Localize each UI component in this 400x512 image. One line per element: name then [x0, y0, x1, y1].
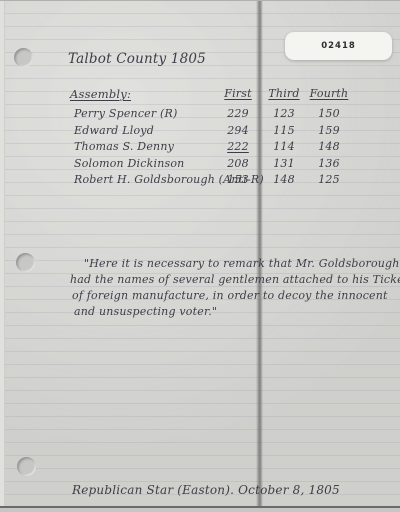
table-row: Edward Lloyd 294 115 159: [0, 124, 400, 141]
section-label: Assembly:: [70, 87, 131, 101]
candidate-name: Edward Lloyd: [74, 124, 154, 137]
table-row: Solomon Dickinson 208 131 136: [0, 157, 400, 174]
votes-first: 229: [212, 107, 264, 120]
votes-first: 208: [212, 157, 264, 170]
quote-line: and unsuspecting voter.": [74, 305, 217, 318]
punch-hole-bottom: [17, 457, 36, 476]
column-header-third: Third: [261, 87, 307, 100]
catalog-sticker: 02418: [285, 32, 392, 60]
punch-hole-middle: [16, 253, 35, 272]
votes-fourth: 150: [304, 107, 354, 120]
votes-fourth: 136: [304, 157, 354, 170]
table-row: Robert H. Goldsborough (Anti-R) 153 148 …: [0, 173, 400, 190]
quote-line: had the names of several gentlemen attac…: [70, 273, 400, 286]
votes-first: 153: [212, 173, 264, 186]
votes-third: 115: [261, 124, 307, 137]
quote-line: of foreign manufacture, in order to deco…: [72, 289, 388, 302]
votes-third: 131: [261, 157, 307, 170]
page-title: Talbot County 1805: [68, 51, 206, 67]
votes-fourth: 159: [304, 124, 354, 137]
punch-hole-top: [14, 48, 33, 67]
table-row: Thomas S. Denny 222 114 148: [0, 140, 400, 157]
page-left-edge: [0, 1, 5, 512]
votes-fourth: 125: [304, 173, 354, 186]
votes-fourth: 148: [304, 140, 354, 153]
votes-third: 123: [261, 107, 307, 120]
votes-first: 222: [212, 140, 264, 153]
source-citation: Republican Star (Easton). October 8, 180…: [72, 483, 340, 497]
below-page-area: [0, 508, 400, 512]
scanned-page: 02418 Talbot County 1805 Assembly: First…: [0, 0, 400, 512]
candidate-name: Solomon Dickinson: [74, 157, 184, 170]
candidate-name: Perry Spencer (R): [74, 107, 178, 120]
column-header-first: First: [212, 87, 264, 100]
table-header-row: Assembly: First Third Fourth: [0, 87, 400, 107]
votes-third: 114: [261, 140, 307, 153]
catalog-number: 02418: [321, 41, 356, 51]
table-row: Perry Spencer (R) 229 123 150: [0, 107, 400, 124]
quote-line: "Here it is necessary to remark that Mr.…: [84, 257, 400, 270]
column-header-fourth: Fourth: [304, 87, 354, 100]
votes-third: 148: [261, 173, 307, 186]
assembly-vote-table: Assembly: First Third Fourth Perry Spenc…: [0, 87, 400, 190]
candidate-name: Thomas S. Denny: [74, 140, 174, 153]
votes-first: 294: [212, 124, 264, 137]
